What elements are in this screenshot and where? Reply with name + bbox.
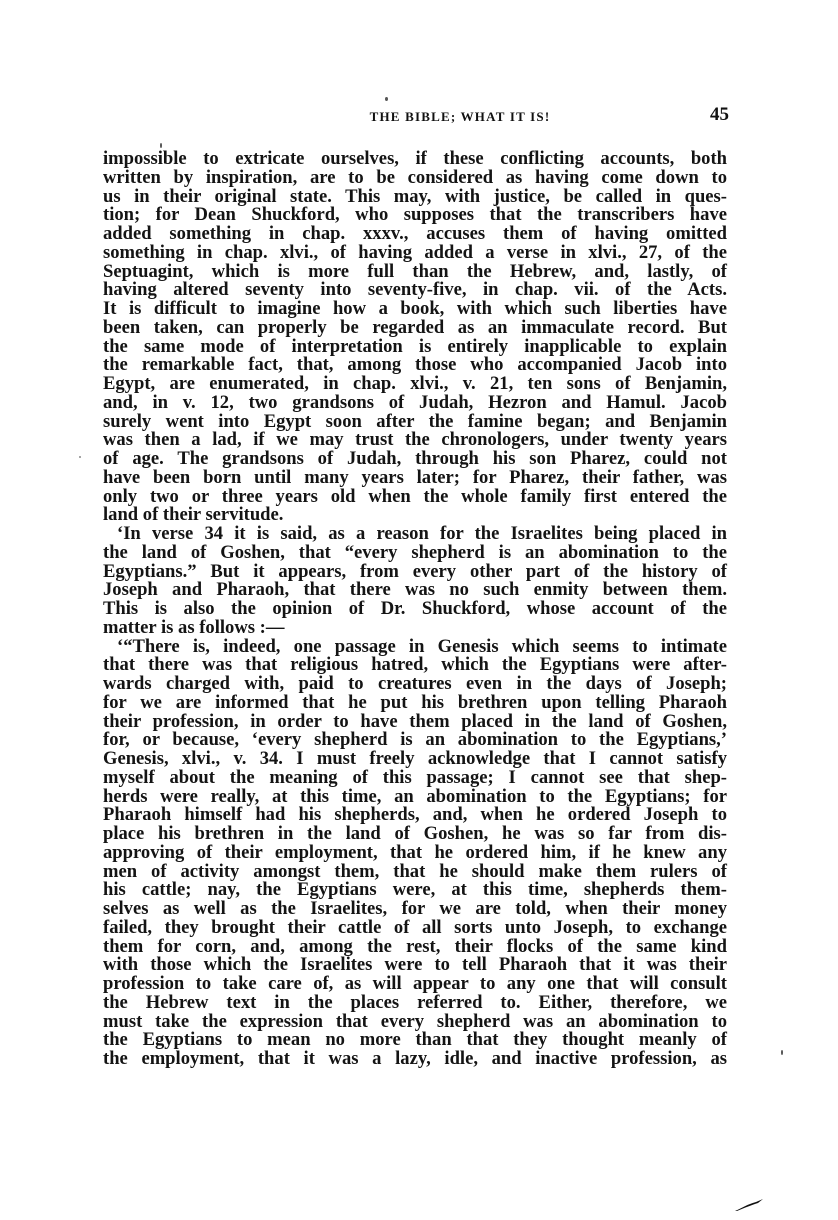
text-line: added something in chap. xxxv., accuses … <box>103 225 727 244</box>
text-line: place his brethren in the land of Goshen… <box>103 825 727 844</box>
text-line: Egypt, are enumerated, in chap. xlvi., v… <box>103 375 727 394</box>
text-line: something in chap. xlvi., of having adde… <box>103 244 727 263</box>
text-line: Genesis, xlvi., v. 34. I must freely ack… <box>103 750 727 769</box>
text-line: approving of their employment, that he o… <box>103 844 727 863</box>
text-line: This is also the opinion of Dr. Shuckfor… <box>103 600 727 619</box>
text-line: and, in v. 12, two grandsons of Judah, H… <box>103 394 727 413</box>
ink-speck-header <box>385 97 388 101</box>
text-line: matter is as follows :— <box>103 619 727 638</box>
text-line: failed, they brought their cattle of all… <box>103 919 727 938</box>
text-line: have been born until many years later; f… <box>103 469 727 488</box>
text-line: It is difficult to imagine how a book, w… <box>103 300 727 319</box>
text-line: myself about the meaning of this passage… <box>103 769 727 788</box>
text-line: of age. The grandsons of Judah, through … <box>103 450 727 469</box>
ink-speck-margin-left <box>79 456 81 458</box>
text-line: ‘In verse 34 it is said, as a reason for… <box>103 525 727 544</box>
text-line: the Hebrew text in the places referred t… <box>103 994 727 1013</box>
text-line: impossible to extricate ourselves, if th… <box>103 150 727 169</box>
text-line: the employment, that it was a lazy, idle… <box>103 1050 727 1069</box>
printer-ornament-icon <box>734 1198 764 1212</box>
text-line: wards charged with, paid to creatures ev… <box>103 675 727 694</box>
running-title: THE BIBLE; WHAT IT IS! <box>103 109 727 125</box>
paragraph-continuation: impossible to extricate ourselves, if th… <box>103 150 727 525</box>
text-line: been taken, can properly be regarded as … <box>103 319 727 338</box>
text-line: written by inspiration, are to be consid… <box>103 169 727 188</box>
paragraph-shuckford-quote: ‘“There is, indeed, one passage in Genes… <box>103 638 727 1069</box>
paragraph-verse-34: ‘In verse 34 it is said, as a reason for… <box>103 525 727 638</box>
text-line: the land of Goshen, that “every shepherd… <box>103 544 727 563</box>
text-line: for we are informed that he put his bret… <box>103 694 727 713</box>
text-line: selves as well as the Israelites, for we… <box>103 900 727 919</box>
book-page: THE BIBLE; WHAT IT IS! 45 impossible to … <box>0 0 838 1220</box>
ink-speck-margin-right <box>781 1050 783 1055</box>
body-text: impossible to extricate ourselves, if th… <box>103 150 727 1069</box>
running-head: THE BIBLE; WHAT IT IS! 45 <box>103 104 727 130</box>
page-number: 45 <box>710 104 729 126</box>
text-line: profession to take care of, as will appe… <box>103 975 727 994</box>
